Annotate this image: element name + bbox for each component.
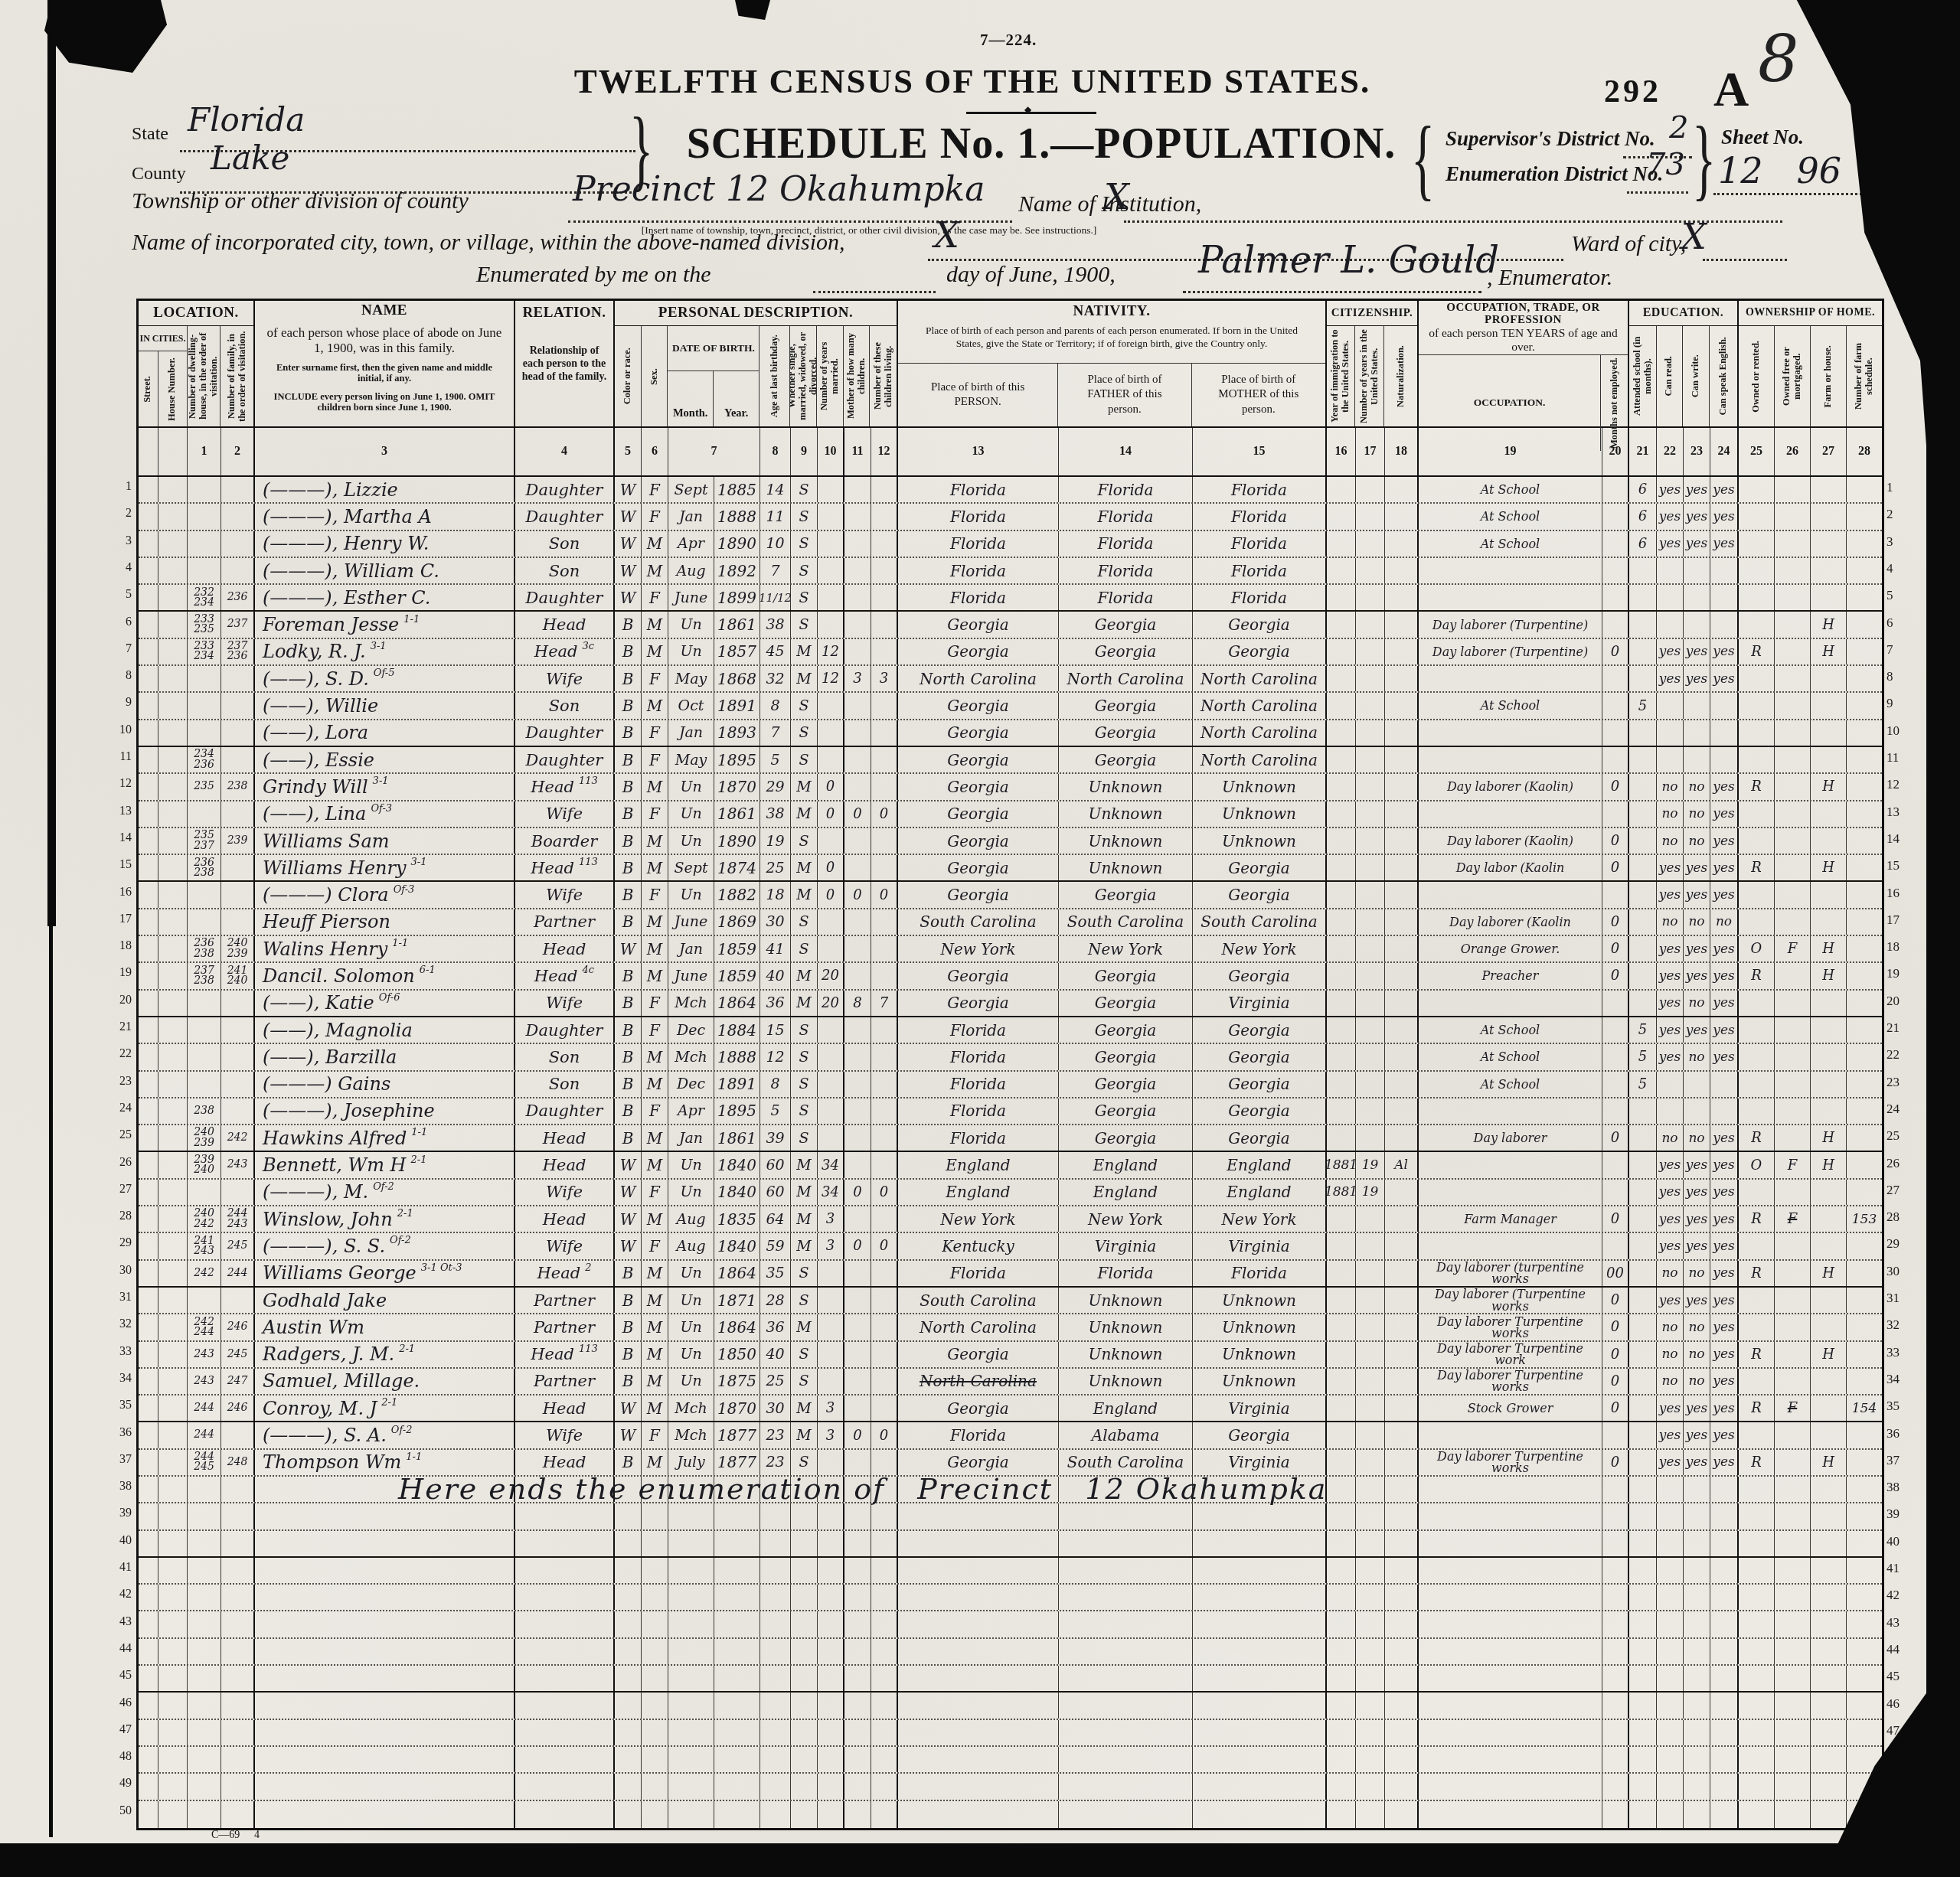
cell-ag: 7 xyxy=(760,558,791,583)
cell-hn xyxy=(158,1180,188,1205)
col-immigration-label: Year of immigration to the United States… xyxy=(1329,326,1352,426)
cell-ms xyxy=(791,1693,818,1718)
colnum-1: 1 xyxy=(188,428,221,475)
cell-nt xyxy=(1385,1206,1419,1232)
cell-ym: 0 xyxy=(818,774,844,799)
cell-nm: Conroy, M. J2-1 xyxy=(255,1396,515,1421)
cell-oc xyxy=(1419,1611,1602,1637)
cell-cr: B xyxy=(615,720,642,746)
cell-fs xyxy=(1847,1585,1882,1610)
cell-ym: 12 xyxy=(818,666,844,691)
cell-st xyxy=(139,720,158,746)
cell-sc xyxy=(1629,855,1657,880)
cell-nm: (———), M.Of-2 xyxy=(255,1180,515,1205)
cell-rd xyxy=(1657,693,1684,718)
cell-nm xyxy=(255,1720,515,1745)
cell-fm: 241 240 xyxy=(221,963,255,988)
cell-ms: M xyxy=(791,1422,818,1448)
cell-mo xyxy=(668,1720,714,1745)
group-occupation-title: OCCUPATION, TRADE, OR PROFESSION xyxy=(1419,301,1628,327)
cell-pm: Georgia xyxy=(1193,612,1327,637)
cell-of xyxy=(1775,1639,1811,1664)
census-row: Godhald JakePartnerBMUn187128SSouth Caro… xyxy=(139,1288,1882,1314)
cell-fs xyxy=(1847,1261,1882,1286)
cell-ag xyxy=(760,1774,791,1799)
row-number-left: 19 xyxy=(112,966,132,980)
cell-ow xyxy=(1739,1666,1775,1691)
cell-mc xyxy=(844,585,871,610)
cell-cr xyxy=(615,1531,642,1556)
cell-mn xyxy=(1602,1017,1629,1043)
cell-dw xyxy=(188,1558,221,1583)
cell-sx: F xyxy=(642,1098,668,1124)
cell-fs xyxy=(1847,1125,1882,1151)
cell-en: yes xyxy=(1710,1288,1739,1313)
cell-mc xyxy=(844,963,871,988)
cell-mn xyxy=(1602,1774,1629,1799)
cell-hn xyxy=(158,1531,188,1556)
cell-of xyxy=(1775,1611,1811,1637)
cell-mc xyxy=(844,558,871,583)
cell-mo xyxy=(668,1611,714,1637)
cell-mn xyxy=(1602,1503,1629,1529)
colnum-23: 23 xyxy=(1684,428,1710,475)
cell-ag: 14 xyxy=(760,477,791,502)
cell-pb: Georgia xyxy=(898,693,1059,718)
cell-fh xyxy=(1811,1558,1847,1583)
cell-en xyxy=(1710,1531,1739,1556)
row-number-left: 24 xyxy=(112,1102,132,1115)
cell-ms: S xyxy=(791,1017,818,1043)
cell-ml xyxy=(871,1693,898,1718)
cell-fs xyxy=(1847,1180,1882,1205)
cell-dw xyxy=(188,1017,221,1043)
cell-mn xyxy=(1602,1585,1629,1610)
cell-cr: B xyxy=(615,1314,642,1340)
cell-of: F xyxy=(1775,936,1811,961)
row-number-left: 26 xyxy=(112,1156,132,1170)
cell-cr: B xyxy=(615,801,642,827)
enumeration-label: Enumeration District No. xyxy=(1445,162,1663,186)
cell-ml xyxy=(871,1666,898,1691)
enumerator-line xyxy=(1183,291,1481,293)
cell-pf xyxy=(1059,1611,1193,1637)
cell-cr xyxy=(615,1558,642,1583)
cell-ym xyxy=(818,1611,844,1637)
cell-fh xyxy=(1811,1693,1847,1718)
cell-ag xyxy=(760,1801,791,1828)
cell-fm xyxy=(221,909,255,935)
cell-mc xyxy=(844,1801,871,1828)
cell-wr xyxy=(1684,1558,1710,1583)
cell-hn xyxy=(158,1720,188,1745)
cell-rl: Partner xyxy=(515,1314,615,1340)
cell-oc: At School xyxy=(1419,1017,1602,1043)
row-number-right: 34 xyxy=(1886,1372,1917,1387)
cell-rl xyxy=(515,1774,615,1799)
cell-pb: Georgia xyxy=(898,639,1059,664)
cell-pm xyxy=(1193,1801,1327,1828)
cell-nm xyxy=(255,1558,515,1583)
name-annotation: Of-3 xyxy=(371,803,392,814)
cell-en: yes xyxy=(1710,801,1739,827)
cell-im xyxy=(1327,1072,1356,1097)
cell-ym: 0 xyxy=(818,855,844,880)
cell-mn xyxy=(1602,801,1629,827)
cell-rd: no xyxy=(1657,828,1684,854)
cell-ym xyxy=(818,531,844,557)
cell-oc xyxy=(1419,1801,1602,1828)
cell-im xyxy=(1327,1747,1356,1772)
cell-mo: June xyxy=(668,585,714,610)
row-number-left: 40 xyxy=(112,1534,132,1548)
row-number-left: 36 xyxy=(112,1426,132,1440)
cell-fh xyxy=(1811,1072,1847,1097)
cell-ym xyxy=(818,936,844,961)
cell-rl: Son xyxy=(515,1072,615,1097)
cell-ym xyxy=(818,1639,844,1664)
cell-mc xyxy=(844,720,871,746)
cell-of: F xyxy=(1775,1206,1811,1232)
cell-pm: Florida xyxy=(1193,585,1327,610)
cell-mc xyxy=(844,639,871,664)
cell-dw: 235 237 xyxy=(188,828,221,854)
cell-mo: Dec xyxy=(668,1017,714,1043)
cell-dw xyxy=(188,1639,221,1664)
colnum-18: 18 xyxy=(1385,428,1419,475)
cell-fs xyxy=(1847,1639,1882,1664)
cell-of xyxy=(1775,1422,1811,1448)
cell-rl: Son xyxy=(515,531,615,557)
cell-sc xyxy=(1629,1206,1657,1232)
page-title: TWELFTH CENSUS OF THE UNITED STATES. xyxy=(567,61,1378,101)
census-row: (———), Martha ADaughterWFJan188811SFlori… xyxy=(139,504,1882,530)
cell-yu xyxy=(1356,558,1385,583)
cell-yu xyxy=(1356,747,1385,772)
name-annotation: Of-2 xyxy=(391,1425,413,1436)
cell-fs xyxy=(1847,558,1882,583)
cell-fm: 244 xyxy=(221,1261,255,1286)
cell-dw xyxy=(188,1503,221,1529)
cell-st xyxy=(139,909,158,935)
cell-dw xyxy=(188,477,221,502)
cell-fh xyxy=(1811,1206,1847,1232)
cell-mc xyxy=(844,1639,871,1664)
cell-rd xyxy=(1657,1531,1684,1556)
cell-pf: Georgia xyxy=(1059,1017,1193,1043)
col-pob-person-label: Place of birth of this PERSON. xyxy=(898,364,1058,426)
cell-nm: (——), KatieOf-6 xyxy=(255,991,515,1016)
cell-ag: 38 xyxy=(760,612,791,637)
cell-mn xyxy=(1602,531,1629,557)
cell-rd: yes xyxy=(1657,1288,1684,1313)
cell-rl: Boarder xyxy=(515,828,615,854)
township-label: Township or other division of county xyxy=(132,188,469,214)
cell-oc xyxy=(1419,1747,1602,1772)
cell-hn xyxy=(158,1747,188,1772)
cell-pb: North Carolina xyxy=(898,1314,1059,1340)
cell-pb xyxy=(898,1639,1059,1664)
cell-ym xyxy=(818,1369,844,1394)
cell-mc: 0 xyxy=(844,801,871,827)
cell-ym xyxy=(818,1585,844,1610)
cell-oc: At School xyxy=(1419,504,1602,529)
cell-fs xyxy=(1847,855,1882,880)
cell-yu xyxy=(1356,1369,1385,1394)
cell-pm xyxy=(1193,1531,1327,1556)
cell-yu xyxy=(1356,1639,1385,1664)
cell-en xyxy=(1710,1801,1739,1828)
cell-hn xyxy=(158,1288,188,1313)
cell-fm: 243 xyxy=(221,1152,255,1177)
cell-im xyxy=(1327,1017,1356,1043)
cell-fm xyxy=(221,1180,255,1205)
cell-ms xyxy=(791,1639,818,1664)
cell-sc xyxy=(1629,1639,1657,1664)
cell-nm: (———), Josephine xyxy=(255,1098,515,1124)
cell-hn xyxy=(158,963,188,988)
census-row xyxy=(139,1747,1882,1774)
cell-rl: Head113 xyxy=(515,774,615,799)
cell-pf xyxy=(1059,1639,1193,1664)
colnum-3: 3 xyxy=(255,428,515,475)
cell-im xyxy=(1327,1585,1356,1610)
cell-pf: Florida xyxy=(1059,558,1193,583)
cell-sx xyxy=(642,1801,668,1828)
cell-fh xyxy=(1811,1503,1847,1529)
cell-rl: Partner xyxy=(515,1369,615,1394)
cell-rl xyxy=(515,1531,615,1556)
cell-dw xyxy=(188,558,221,583)
cell-mn xyxy=(1602,1233,1629,1258)
cell-fh: H xyxy=(1811,1261,1847,1286)
cell-hn xyxy=(158,801,188,827)
cell-nt xyxy=(1385,1558,1419,1583)
cell-rl xyxy=(515,1666,615,1691)
cell-fs xyxy=(1847,1233,1882,1258)
colnum-5: 5 xyxy=(615,428,642,475)
census-row: (——), S. D.Of-5WifeBFMay186832M1233North… xyxy=(139,666,1882,693)
cell-yu xyxy=(1356,801,1385,827)
cell-sc xyxy=(1629,1314,1657,1340)
cell-nt xyxy=(1385,1288,1419,1313)
col-house-label: House Number. xyxy=(166,355,178,423)
cell-ml: 0 xyxy=(871,1233,898,1258)
cell-ms: M xyxy=(791,774,818,799)
cell-fh xyxy=(1811,666,1847,691)
cell-yr xyxy=(714,1639,760,1664)
cell-fs xyxy=(1847,612,1882,637)
cell-fm: 240 239 xyxy=(221,936,255,961)
cell-ms: M xyxy=(791,666,818,691)
cell-en: yes xyxy=(1710,504,1739,529)
cell-sx xyxy=(642,1585,668,1610)
cell-pm: North Carolina xyxy=(1193,747,1327,772)
cell-nm: (——), Lora xyxy=(255,720,515,746)
cell-pm xyxy=(1193,1774,1327,1799)
row-number-right: 5 xyxy=(1886,588,1917,603)
row-number-left: 50 xyxy=(112,1804,132,1818)
cell-ow xyxy=(1739,504,1775,529)
cell-mc xyxy=(844,1396,871,1421)
cell-nm xyxy=(255,1801,515,1828)
cell-st xyxy=(139,1342,158,1367)
cell-mc xyxy=(844,1342,871,1367)
cell-sx xyxy=(642,1503,668,1529)
cell-yr: 1888 xyxy=(714,1044,760,1069)
cell-ag xyxy=(760,1693,791,1718)
cell-hn xyxy=(158,585,188,610)
cell-wr: no xyxy=(1684,1261,1710,1286)
cell-cr: W xyxy=(615,504,642,529)
colnum-26: 26 xyxy=(1775,428,1811,475)
cell-mn xyxy=(1602,1531,1629,1556)
cell-yr xyxy=(714,1747,760,1772)
cell-wr: yes xyxy=(1684,1180,1710,1205)
cell-hn xyxy=(158,666,188,691)
row-number-left: 33 xyxy=(112,1345,132,1359)
col-sex-label: Sex. xyxy=(648,366,661,387)
cell-oc: Stock Grower xyxy=(1419,1396,1602,1421)
cell-fs xyxy=(1847,1422,1882,1448)
cell-wr: yes xyxy=(1684,477,1710,502)
row-number-right: 16 xyxy=(1886,886,1917,901)
row-number-left: 47 xyxy=(112,1723,132,1737)
cell-sc xyxy=(1629,612,1657,637)
cell-yu xyxy=(1356,1098,1385,1124)
cell-dw: 238 xyxy=(188,1098,221,1124)
cell-yu xyxy=(1356,666,1385,691)
cell-pm xyxy=(1193,1503,1327,1529)
cell-im xyxy=(1327,1261,1356,1286)
col-can-write-label: Can write. xyxy=(1690,352,1702,400)
census-row: (———) CloraOf-3WifeBFUn188218M000Georgia… xyxy=(139,882,1882,909)
cell-mn xyxy=(1602,882,1629,907)
cell-st xyxy=(139,882,158,907)
cell-pm: Georgia xyxy=(1193,1017,1327,1043)
cell-mo: Mch xyxy=(668,1422,714,1448)
cell-mc xyxy=(844,1125,871,1151)
cell-cr: B xyxy=(615,1261,642,1286)
cell-nm xyxy=(255,1693,515,1718)
cell-ow: R xyxy=(1739,1125,1775,1151)
cell-ym xyxy=(818,1314,844,1340)
cell-yr: 1895 xyxy=(714,1098,760,1124)
cell-fm xyxy=(221,855,255,880)
cell-nm: Grindy Will3-1 xyxy=(255,774,515,799)
cell-rl xyxy=(515,1611,615,1637)
cell-ow: R xyxy=(1739,855,1775,880)
row-number-right: 3 xyxy=(1886,534,1917,550)
cell-ow xyxy=(1739,1531,1775,1556)
cell-rl: Wife xyxy=(515,1180,615,1205)
cell-fs xyxy=(1847,963,1882,988)
cell-ms: M xyxy=(791,1396,818,1421)
cell-hn xyxy=(158,1558,188,1583)
enumeration-line xyxy=(1627,191,1688,194)
row-number-left: 1 xyxy=(112,480,132,494)
cell-mo: June xyxy=(668,909,714,935)
group-occupation: OCCUPATION, TRADE, OR PROFESSION of each… xyxy=(1419,301,1629,426)
cell-wr xyxy=(1684,1666,1710,1691)
row-number-left: 13 xyxy=(112,805,132,818)
cell-st xyxy=(139,612,158,637)
cell-ms: S xyxy=(791,531,818,557)
cell-dw: 240 239 xyxy=(188,1125,221,1151)
cell-ym xyxy=(818,477,844,502)
cell-ow xyxy=(1739,1639,1775,1664)
cell-mn: 0 xyxy=(1602,774,1629,799)
cell-ym: 0 xyxy=(818,801,844,827)
cell-ow xyxy=(1739,1558,1775,1583)
cell-yr xyxy=(714,1774,760,1799)
cell-cr: B xyxy=(615,774,642,799)
cell-hn xyxy=(158,774,188,799)
cell-ow xyxy=(1739,1585,1775,1610)
cell-mo: Aug xyxy=(668,558,714,583)
group-ownership-title: OWNERSHIP OF HOME. xyxy=(1739,301,1882,326)
cell-ag xyxy=(760,1666,791,1691)
cell-fs xyxy=(1847,1611,1882,1637)
title-divider-diamond: ◆ xyxy=(1024,104,1031,116)
cell-dw xyxy=(188,1531,221,1556)
cell-ml xyxy=(871,612,898,637)
col-can-read-label: Can read. xyxy=(1663,354,1675,399)
cell-of xyxy=(1775,1017,1811,1043)
cell-yu xyxy=(1356,1774,1385,1799)
cell-fh xyxy=(1811,1585,1847,1610)
cell-nt xyxy=(1385,1774,1419,1799)
cell-ms: M xyxy=(791,991,818,1016)
cell-ag: 29 xyxy=(760,774,791,799)
col-dwelling-label: Number of dwelling-house, in the order o… xyxy=(188,326,220,426)
census-row: 233 235237Foreman Jesse1-1HeadBMUn186138… xyxy=(139,612,1882,638)
name-annotation: 1-1 xyxy=(411,1127,427,1138)
cell-pb: Georgia xyxy=(898,1342,1059,1367)
row-number-right: 18 xyxy=(1886,939,1917,955)
cell-hn xyxy=(158,1396,188,1421)
cell-ym xyxy=(818,720,844,746)
township-value: Precinct 12 Okahumpka xyxy=(573,170,985,209)
cell-oc: Preacher xyxy=(1419,963,1602,988)
cell-im xyxy=(1327,1611,1356,1637)
cell-hn xyxy=(158,1422,188,1448)
cell-ms: S xyxy=(791,1261,818,1286)
cell-wr: yes xyxy=(1684,1233,1710,1258)
cell-fm xyxy=(221,801,255,827)
cell-im xyxy=(1327,855,1356,880)
cell-ow xyxy=(1739,1098,1775,1124)
cell-wr: yes xyxy=(1684,936,1710,961)
cell-yu xyxy=(1356,1342,1385,1367)
cell-mn xyxy=(1602,504,1629,529)
cell-fh xyxy=(1811,747,1847,772)
cell-pm: Unknown xyxy=(1193,1342,1327,1367)
cell-wr: yes xyxy=(1684,1152,1710,1177)
col-pob-father-label: Place of birth of FATHER of this person. xyxy=(1058,364,1191,426)
cell-sx: M xyxy=(642,612,668,637)
cell-nm: Walins Henry1-1 xyxy=(255,936,515,961)
cell-pm: Florida xyxy=(1193,477,1327,502)
cell-mn xyxy=(1602,693,1629,718)
cell-en xyxy=(1710,1611,1739,1637)
cell-oc: At School xyxy=(1419,693,1602,718)
cell-yr xyxy=(714,1558,760,1583)
cell-mo: Un xyxy=(668,1152,714,1177)
cell-yr: 1871 xyxy=(714,1288,760,1313)
cell-hn xyxy=(158,1666,188,1691)
cell-st xyxy=(139,1396,158,1421)
